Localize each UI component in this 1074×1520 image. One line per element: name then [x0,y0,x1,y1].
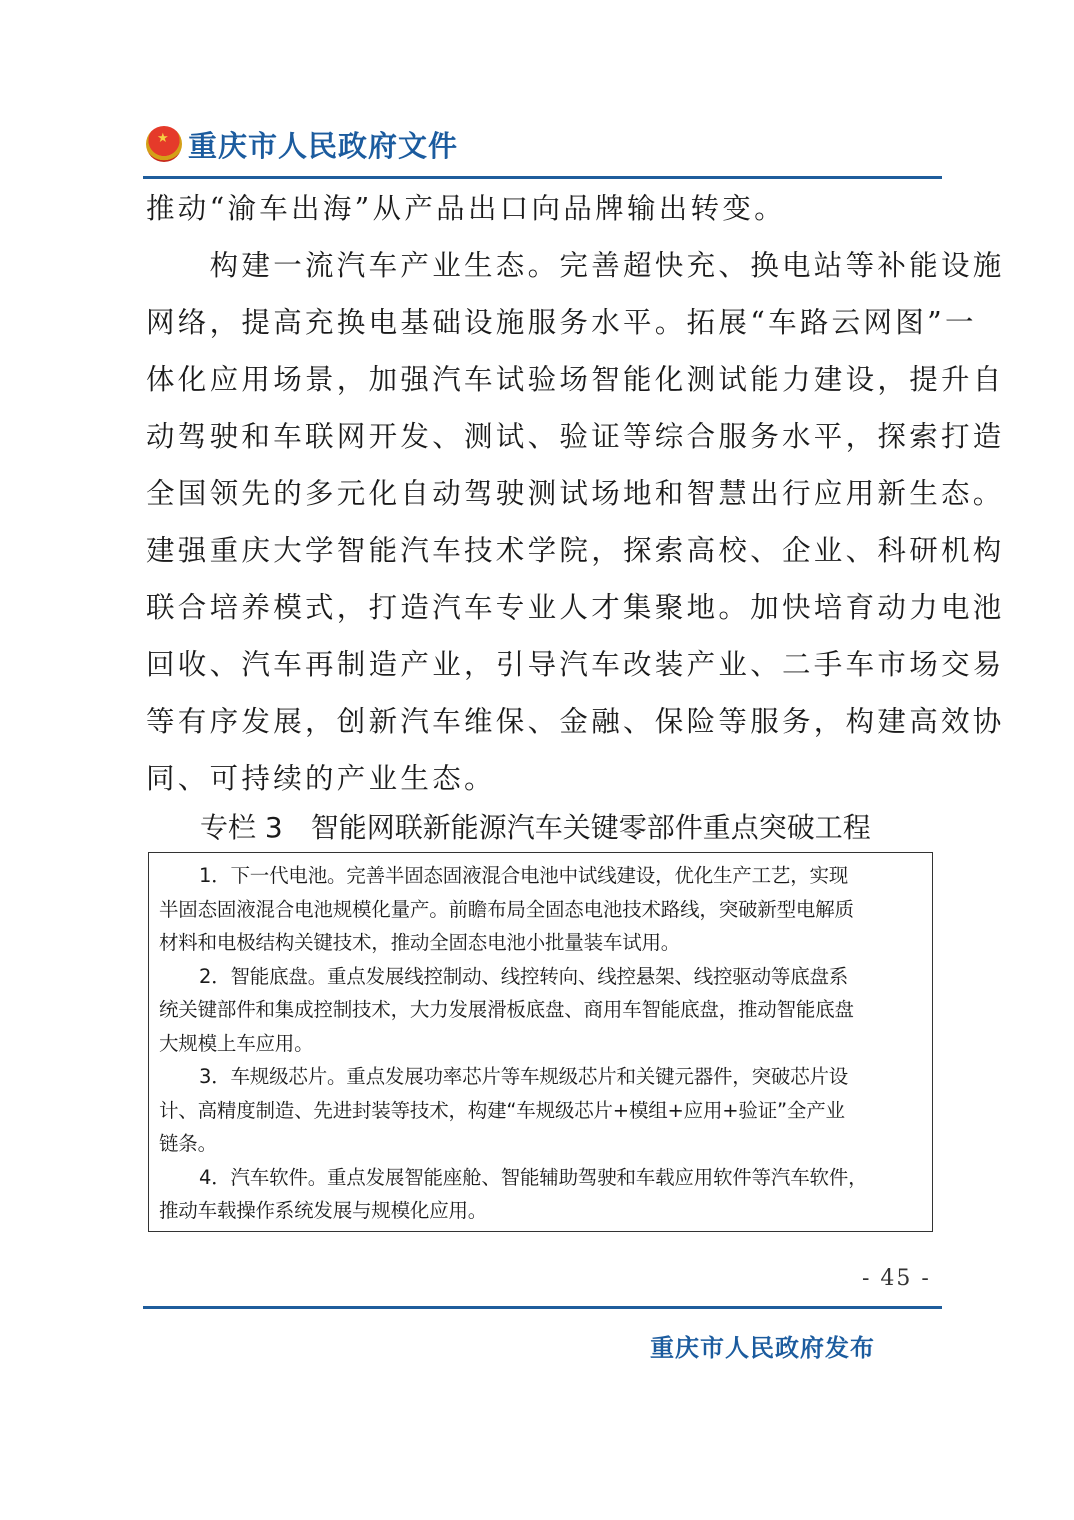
body-line: 建强重庆大学智能汽车技术学院，探索高校、企业、科研机构 [146,522,942,579]
box-line: 链条。 [159,1127,924,1161]
box-line: 推动车载操作系统发展与规模化应用。 [159,1194,924,1228]
body-line: 网络，提高充换电基础设施服务水平。拓展“车路云网图”一 [146,294,942,351]
body-line: 回收、汽车再制造产业，引导汽车改装产业、二手车市场交易 [146,636,942,693]
box-line: 2．智能底盘。重点发展线控制动、线控转向、线控悬架、线控驱动等底盘系 [159,960,924,994]
page-number: - 45 - [862,1266,931,1291]
box-line: 计、高精度制造、先进封装等技术，构建“车规级芯片+模组+应用+验证”全产业 [159,1094,924,1128]
box-line: 3．车规级芯片。重点发展功率芯片等车规级芯片和关键元器件，突破芯片设 [159,1060,924,1094]
footer-publisher: 重庆市人民政府发布 [650,1328,875,1363]
header-title: 重庆市人民政府文件 [188,124,458,165]
box-line: 4．汽车软件。重点发展智能座舱、智能辅助驾驶和车载应用软件等汽车软件， [159,1161,924,1195]
body-line: 联合培养模式，打造汽车专业人才集聚地。加快培育动力电池 [146,579,942,636]
document-header: 重庆市人民政府文件 [146,122,458,166]
box-line: 1．下一代电池。完善半固态固液混合电池中试线建设，优化生产工艺，实现 [159,859,924,893]
body-line: 动驾驶和车联网开发、测试、验证等综合服务水平，探索打造 [146,408,942,465]
header-divider [143,176,942,179]
box-line: 材料和电极结构关键技术，推动全固态电池小批量装车试用。 [159,926,924,960]
body-line: 同、可持续的产业生态。 [146,750,942,807]
body-line: 等有序发展，创新汽车维保、金融、保险等服务，构建高效协 [146,693,942,750]
box-line: 大规模上车应用。 [159,1027,924,1061]
footer-divider [143,1306,942,1309]
body-line: 全国领先的多元化自动驾驶测试场地和智慧出行应用新生态。 [146,465,942,522]
body-line: 推动“渝车出海”从产品出口向品牌输出转变。 [146,180,942,237]
body-line: 体化应用场景，加强汽车试验场智能化测试能力建设，提升自 [146,351,942,408]
box-title: 专栏 3 智能网联新能源汽车关键零部件重点突破工程 [200,806,871,846]
box-line: 统关键部件和集成控制技术，大力发展滑板底盘、商用车智能底盘，推动智能底盘 [159,993,924,1027]
box-line: 半固态固液混合电池规模化量产。前瞻布局全固态电池技术路线，突破新型电解质 [159,893,924,927]
body-line: 构建一流汽车产业生态。完善超快充、换电站等补能设施 [146,237,942,294]
national-emblem-icon [146,126,182,162]
body-text: 推动“渝车出海”从产品出口向品牌输出转变。 构建一流汽车产业生态。完善超快充、换… [146,180,942,807]
feature-box: 1．下一代电池。完善半固态固液混合电池中试线建设，优化生产工艺，实现 半固态固液… [148,852,933,1232]
